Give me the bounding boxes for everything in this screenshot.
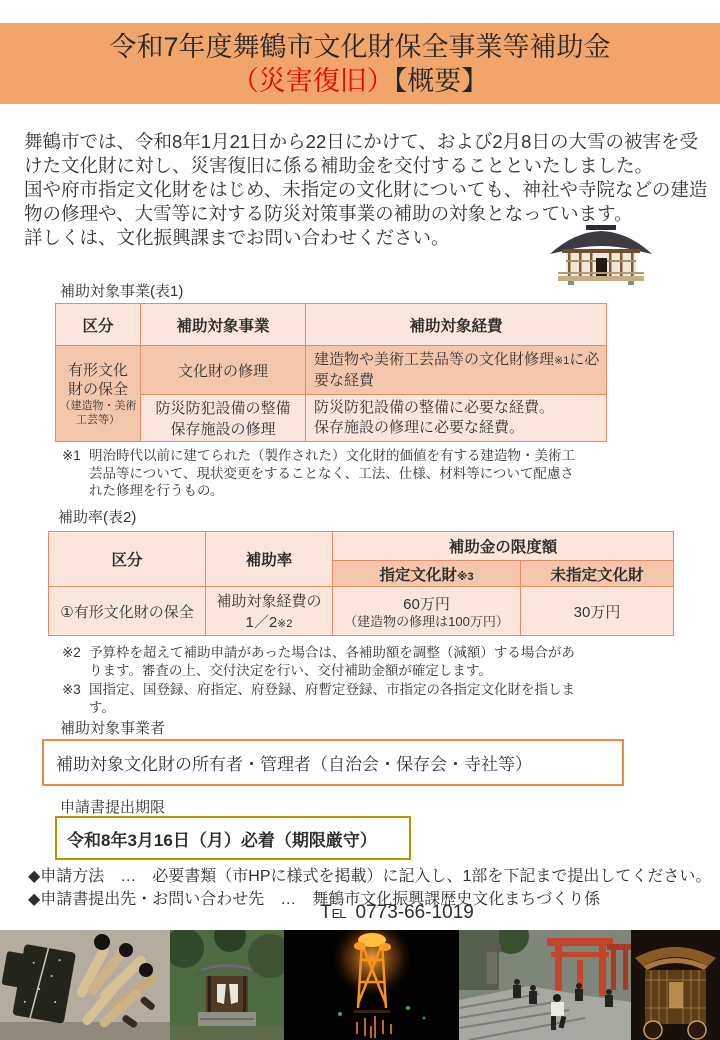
intro-line: 国や府市指定文化財をはじめ、未指定の文化財についても、神社や寺院などの建造 [24, 178, 718, 202]
title-band: 令和7年度舞鶴市文化財保全事業等補助金 （災害復旧）【概要】 [0, 23, 720, 104]
festival-float-photo [631, 930, 720, 1040]
table2-caption: 補助率(表2) [58, 506, 136, 527]
puppets-photo-image [0, 930, 170, 1040]
photo-strip [0, 930, 720, 1040]
table2-row-max-shitei: 60万円 （建造物の修理は100万円） [333, 587, 521, 636]
temple-illustration [546, 224, 656, 288]
torii-stone-steps-photo [459, 930, 631, 1040]
subsidy-rate-table: 区分 補助率 補助金の限度額 指定文化財※3 未指定文化財 ①有形文化財の保全 … [48, 531, 674, 636]
table-row: 有形文化 財の保全 （建造物・美術 工芸等） 文化財の修理 建造物や美術工芸品等… [56, 346, 607, 395]
table-row: 区分 補助対象事業 補助対象経費 [56, 304, 607, 346]
keihi-text: 建造物や美術工芸品等の文化財修理 [314, 351, 554, 368]
temple-icon [546, 224, 656, 288]
jigyo-line: 防災防犯設備の整備 [141, 397, 305, 418]
table-row: 区分 補助率 補助金の限度額 [49, 532, 674, 561]
shrine-photo-image [170, 930, 284, 1040]
table1-row2-keihi: 防災防犯設備の整備に必要な経費。 保存施設の修理に必要な経費。 [306, 395, 607, 442]
footnote-marker: ※3 [62, 681, 89, 716]
intro-line: 舞鶴市では、令和8年1月21日から22日にかけて、および2月8日の大雪の被害を受 [24, 130, 718, 154]
ritsu-fraction: 1／2 [245, 614, 277, 631]
max-amount: 60万円 [333, 593, 520, 614]
contact-line: ◆申請書提出先・お問い合わせ先 … 舞鶴市文化振興課歴史文化まちづくり係 [28, 886, 600, 909]
footnote-text: 予算枠を超えて補助申請があった場合は、各補助額を調整（減額）する場合があります。… [89, 644, 578, 679]
table1-header-jigyo: 補助対象事業 [141, 304, 306, 346]
phone-number: TEL0773-66-1019 [320, 902, 474, 924]
table2-row-kubun: ①有形文化財の保全 [49, 587, 206, 636]
keihi-line: 保存施設の修理に必要な経費。 [314, 418, 600, 438]
owner-section-label: 補助対象事業者 [60, 717, 165, 738]
footnote-3: ※3 国指定、国登録、府指定、府登録、府暫定登録、市指定の各指定文化財を指します… [62, 681, 578, 716]
owner-box: 補助対象文化財の所有者・管理者（自治会・保存会・寺社等） [42, 739, 624, 786]
bunraku-puppets-photo [0, 930, 170, 1040]
ritsu-line: 1／2※2 [206, 611, 332, 632]
table2-header-shitei: 指定文化財※3 [333, 561, 521, 587]
kubun-line: 有形文化 [56, 361, 140, 380]
table-row: ①有形文化財の保全 補助対象経費の 1／2※2 60万円 （建造物の修理は100… [49, 587, 674, 636]
max-amount-note: （建造物の修理は100万円） [333, 614, 520, 630]
kubun-sub-line: （建造物・美術 [56, 399, 140, 413]
intro-line: けた文化財に対し、災害復旧に係る補助金を交付することといたしました。 [24, 154, 718, 178]
table2-header-mishitei: 未指定文化財 [521, 561, 674, 587]
intro-line: 物の修理や、大雪等に対する防災対策事業の補助の対象となっています。 [24, 202, 718, 226]
footnote-marker: ※1 [62, 447, 89, 500]
table1-caption: 補助対象事業(表1) [60, 280, 183, 301]
table2-row-ritsu: 補助対象経費の 1／2※2 [206, 587, 333, 636]
shrine-building-photo [170, 930, 284, 1040]
kubun-sub-line: 工芸等） [56, 413, 140, 427]
subsidy-target-table: 区分 補助対象事業 補助対象経費 有形文化 財の保全 （建造物・美術 工芸等） … [55, 303, 607, 442]
tel-digits: 0773-66-1019 [356, 902, 474, 923]
subtitle-disaster-recovery: （災害復旧） [232, 66, 394, 96]
deadline-box: 令和8年3月16日（月）必着（期限厳守） [55, 816, 411, 860]
night-fire-festival-photo [284, 930, 459, 1040]
flyer-page: 令和7年度舞鶴市文化財保全事業等補助金 （災害復旧）【概要】 舞鶴市では、令和8… [0, 0, 720, 1040]
jigyo-line: 保存施設の修理 [141, 418, 305, 439]
torii-steps-photo-image [459, 930, 631, 1040]
footnote-text: 明治時代以前に建てられた（製作された）文化財的価値を有する建造物・美術工芸品等に… [89, 447, 578, 500]
deadline-section-label: 申請書提出期限 [60, 796, 165, 817]
table1-header-keihi: 補助対象経費 [306, 304, 607, 346]
tel-prefix-small: EL [332, 906, 346, 921]
table2-row-max-mishitei: 30万円 [521, 587, 674, 636]
footnote-1: ※1 明治時代以前に建てられた（製作された）文化財的価値を有する建造物・美術工芸… [62, 447, 578, 500]
footnote-ref-3: ※3 [457, 571, 474, 583]
footnote-ref-1: ※1 [554, 355, 569, 367]
float-photo-image [631, 930, 720, 1040]
tel-prefix: T [320, 902, 332, 923]
table2-header-ritsu: 補助率 [206, 532, 333, 587]
table1-header-kubun: 区分 [56, 304, 141, 346]
table2-header-gendo: 補助金の限度額 [333, 532, 674, 561]
footnote-text: 国指定、国登録、府指定、府登録、府暫定登録、市指定の各指定文化財を指します。 [89, 681, 578, 716]
table1-row2-jigyo: 防災防犯設備の整備 保存施設の修理 [141, 395, 306, 442]
keihi-line: 防災防犯設備の整備に必要な経費。 [314, 398, 600, 418]
footnote-2: ※2 予算枠を超えて補助申請があった場合は、各補助額を調整（減額）する場合があり… [62, 644, 578, 679]
subtitle-overview: 【概要】 [394, 66, 489, 96]
footnote-marker: ※2 [62, 644, 89, 679]
page-title: 令和7年度舞鶴市文化財保全事業等補助金 [0, 23, 720, 64]
footnote-ref-2: ※2 [277, 618, 292, 630]
table1-row1-keihi: 建造物や美術工芸品等の文化財修理※1に必要な経費 [306, 346, 607, 395]
fire-festival-photo-image [284, 930, 459, 1040]
table2-header-kubun: 区分 [49, 532, 206, 587]
table1-kubun-cell: 有形文化 財の保全 （建造物・美術 工芸等） [56, 346, 141, 442]
kubun-line: 財の保全 [56, 380, 140, 399]
header-text: 指定文化財 [379, 567, 457, 584]
table1-row1-jigyo: 文化財の修理 [141, 346, 306, 395]
page-subtitle: （災害復旧）【概要】 [0, 64, 720, 98]
ritsu-line: 補助対象経費の [206, 590, 332, 611]
application-method-line: ◆申請方法 … 必要書類（市HPに様式を掲載）に記入し、1部を下記まで提出してく… [28, 863, 711, 886]
